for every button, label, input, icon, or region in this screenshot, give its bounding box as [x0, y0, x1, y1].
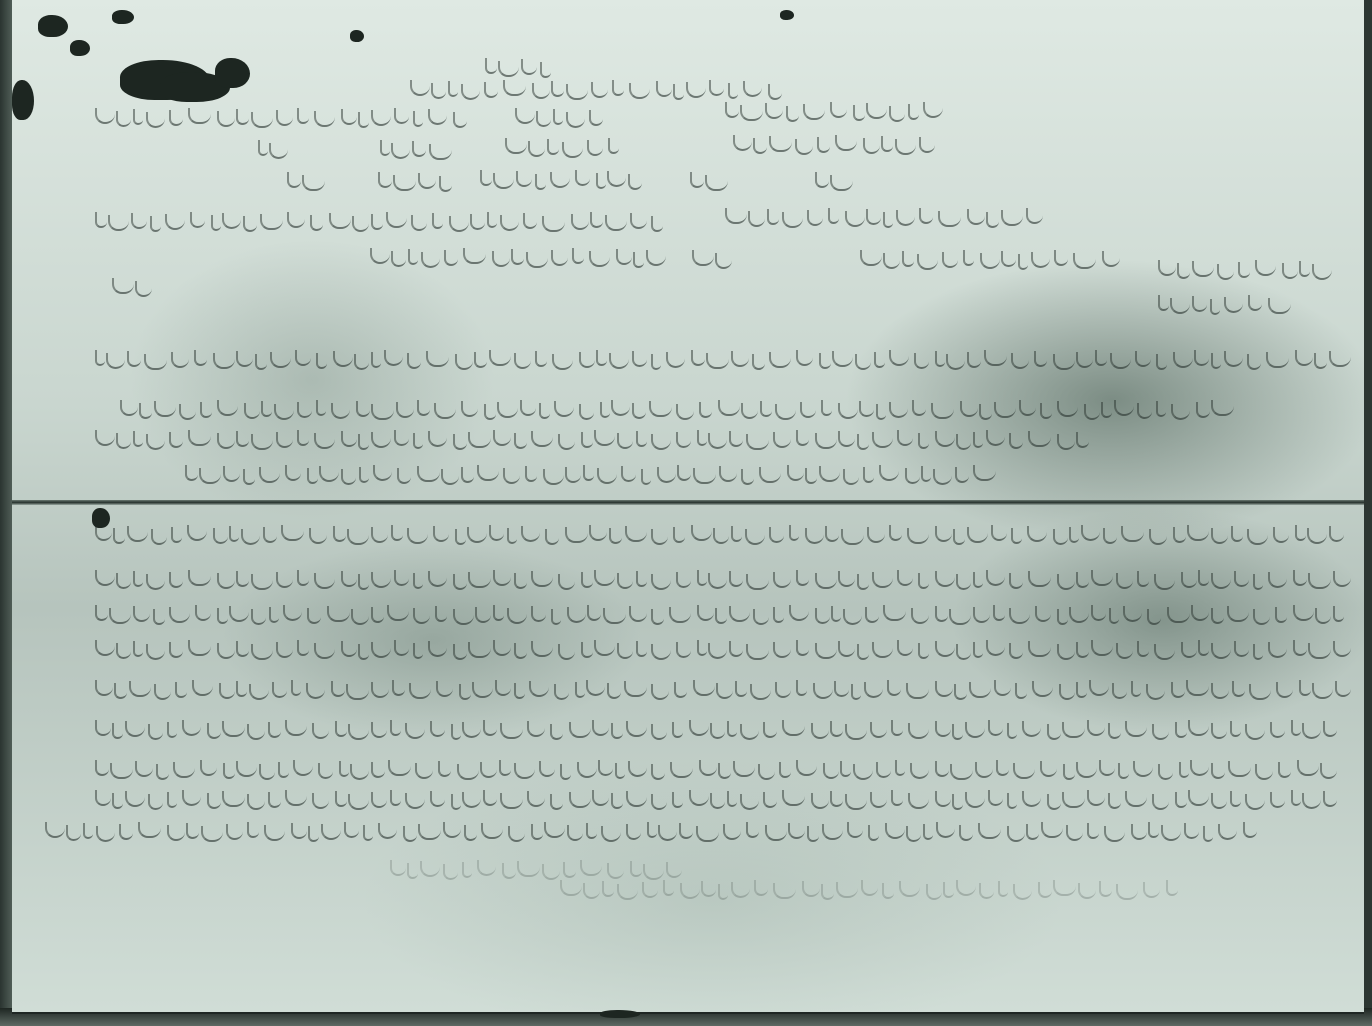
script-glyph-stroke [485, 58, 497, 74]
script-glyph-stroke [701, 881, 716, 897]
script-glyph-stroke [378, 172, 392, 188]
script-glyph-stroke [1181, 642, 1197, 658]
script-glyph-stroke [302, 175, 325, 191]
script-glyph-stroke [468, 642, 491, 658]
script-glyph-stroke [307, 608, 321, 624]
script-glyph-stroke [1015, 683, 1027, 699]
script-glyph-stroke [480, 762, 497, 778]
script-glyph-stroke [1131, 824, 1147, 840]
script-glyph-stroke [428, 431, 447, 447]
script-glyph-stroke [891, 790, 903, 806]
script-glyph-stroke [672, 722, 683, 738]
script-glyph-stroke [312, 723, 329, 739]
script-glyph-stroke [493, 640, 511, 656]
script-glyph-stroke [843, 609, 862, 625]
script-glyph-stroke [740, 794, 759, 810]
handwritten-line-margin-note [1158, 260, 1328, 282]
script-glyph-stroke [1248, 295, 1262, 311]
script-glyph-stroke [285, 720, 307, 736]
script-glyph-stroke [116, 573, 131, 589]
script-glyph-stroke [135, 761, 153, 777]
script-glyph-stroke [708, 573, 727, 589]
script-glyph-stroke [632, 403, 646, 419]
script-glyph-stroke [911, 608, 929, 624]
script-glyph-stroke [109, 608, 131, 624]
script-glyph-stroke [1323, 791, 1337, 807]
script-glyph-stroke [390, 790, 401, 806]
script-glyph-stroke [988, 720, 1003, 736]
script-glyph-stroke [787, 465, 804, 481]
script-glyph-stroke [567, 825, 583, 841]
script-glyph-stroke [1191, 605, 1209, 621]
script-glyph-stroke [727, 721, 737, 737]
script-glyph-stroke [1148, 822, 1159, 838]
script-glyph-stroke [335, 791, 347, 807]
script-glyph-stroke [636, 431, 647, 447]
script-glyph-stroke [715, 253, 732, 269]
script-glyph-stroke [952, 724, 963, 740]
script-glyph-stroke [269, 607, 279, 623]
script-glyph-stroke [1076, 642, 1089, 658]
script-glyph-stroke [733, 761, 755, 777]
script-glyph-stroke [1203, 826, 1213, 842]
script-glyph-stroke [805, 468, 817, 484]
script-glyph-stroke [156, 764, 169, 780]
script-glyph-stroke [1299, 680, 1311, 696]
script-glyph-stroke [1069, 607, 1089, 623]
script-glyph-stroke [933, 469, 952, 485]
script-glyph-stroke [1314, 353, 1327, 369]
script-glyph-stroke [956, 434, 971, 450]
script-glyph-stroke [247, 794, 265, 810]
script-glyph-stroke [1011, 528, 1022, 544]
handwritten-line-header [515, 108, 605, 130]
script-glyph-stroke [1293, 605, 1314, 621]
script-glyph-stroke [1184, 823, 1199, 839]
ink-stain [350, 30, 364, 42]
script-glyph-stroke [293, 760, 313, 776]
script-glyph-stroke [935, 351, 945, 367]
script-glyph-stroke [112, 278, 134, 294]
script-glyph-stroke [815, 643, 837, 659]
script-glyph-stroke [384, 350, 403, 366]
script-glyph-stroke [590, 212, 603, 228]
script-glyph-stroke [411, 215, 427, 231]
script-glyph-stroke [686, 82, 706, 98]
script-glyph-stroke [910, 763, 929, 779]
script-glyph-stroke [1019, 400, 1036, 416]
script-glyph-stroke [1091, 605, 1106, 621]
script-glyph-stroke [531, 571, 553, 587]
script-glyph-stroke [1109, 608, 1119, 624]
script-glyph-stroke [589, 110, 603, 126]
script-glyph-stroke [535, 174, 546, 190]
manuscript-fold-crease [12, 500, 1364, 505]
script-glyph-stroke [679, 823, 693, 839]
script-glyph-stroke [268, 722, 281, 738]
script-glyph-stroke [1238, 262, 1250, 278]
script-glyph-stroke [1116, 884, 1138, 900]
script-glyph-stroke [169, 432, 183, 448]
script-glyph-stroke [693, 468, 716, 484]
script-glyph-stroke [906, 683, 929, 699]
script-glyph-stroke [187, 525, 207, 541]
script-glyph-stroke [113, 528, 125, 544]
script-glyph-stroke [483, 720, 497, 736]
script-glyph-stroke [370, 248, 390, 264]
script-glyph-stroke [872, 642, 893, 658]
script-glyph-stroke [897, 640, 913, 656]
script-glyph-stroke [371, 762, 385, 778]
script-glyph-stroke [125, 791, 145, 807]
script-glyph-stroke [1198, 640, 1209, 656]
script-glyph-stroke [1133, 761, 1153, 777]
script-glyph-stroke [95, 760, 109, 776]
script-glyph-stroke [270, 352, 291, 368]
script-glyph-stroke [1276, 682, 1293, 698]
script-glyph-stroke [673, 527, 685, 543]
script-glyph-stroke [1073, 253, 1096, 269]
script-glyph-stroke [405, 723, 425, 739]
script-glyph-stroke [870, 722, 887, 738]
script-glyph-stroke [1227, 606, 1249, 622]
script-glyph-stroke [138, 822, 161, 838]
script-glyph-stroke [580, 860, 602, 876]
script-glyph-stroke [980, 253, 1000, 269]
script-glyph-stroke [895, 760, 905, 776]
script-glyph-stroke [127, 526, 148, 542]
script-glyph-stroke [651, 216, 663, 232]
script-glyph-stroke [874, 352, 885, 368]
script-glyph-stroke [897, 430, 913, 446]
script-glyph-stroke [906, 826, 921, 842]
script-glyph-stroke [276, 432, 293, 448]
script-glyph-stroke [1062, 792, 1085, 808]
script-glyph-stroke [815, 573, 837, 589]
script-glyph-stroke [802, 881, 820, 897]
handwritten-line-margin-note [1158, 295, 1278, 317]
script-glyph-stroke [651, 529, 668, 545]
script-glyph-stroke [991, 525, 1007, 541]
script-glyph-stroke [1018, 254, 1028, 270]
script-glyph-stroke [1009, 608, 1030, 624]
script-glyph-stroke [1307, 528, 1327, 544]
script-glyph-stroke [796, 570, 809, 586]
script-glyph-stroke [1192, 296, 1207, 312]
script-glyph-stroke [864, 682, 883, 698]
script-glyph-stroke [217, 400, 238, 416]
script-glyph-stroke [335, 721, 347, 737]
script-glyph-stroke [621, 466, 636, 482]
script-glyph-stroke [95, 570, 115, 586]
script-glyph-stroke [965, 722, 985, 738]
script-glyph-stroke [605, 215, 627, 231]
script-glyph-stroke [554, 401, 574, 417]
script-glyph-stroke [341, 109, 357, 125]
script-glyph-stroke [371, 404, 394, 420]
script-glyph-stroke [545, 529, 559, 545]
script-glyph-stroke [1066, 825, 1083, 841]
script-glyph-stroke [902, 251, 914, 267]
script-glyph-stroke [1173, 527, 1186, 543]
script-glyph-stroke [935, 681, 953, 697]
script-glyph-stroke [921, 466, 931, 482]
script-glyph-stroke [449, 216, 469, 232]
script-glyph-stroke [287, 212, 305, 228]
script-glyph-stroke [708, 643, 727, 659]
script-glyph-stroke [855, 354, 871, 370]
script-glyph-stroke [615, 763, 625, 779]
script-glyph-stroke [285, 465, 301, 481]
script-glyph-stroke [462, 722, 481, 738]
script-glyph-stroke [438, 761, 451, 777]
script-glyph-stroke [544, 822, 565, 838]
handwritten-line-header [725, 208, 1035, 230]
script-glyph-stroke [587, 605, 601, 621]
script-glyph-stroke [838, 571, 855, 587]
script-glyph-stroke [1114, 400, 1134, 416]
script-glyph-stroke [1295, 350, 1313, 366]
script-glyph-stroke [1228, 761, 1251, 777]
script-glyph-stroke [725, 102, 739, 118]
script-glyph-stroke [870, 792, 887, 808]
handwritten-line-header [95, 108, 475, 130]
script-glyph-stroke [543, 469, 564, 485]
script-glyph-stroke [1040, 403, 1052, 419]
script-glyph-stroke [371, 722, 387, 738]
script-glyph-stroke [1293, 570, 1307, 586]
script-glyph-stroke [1211, 643, 1231, 659]
handwritten-line-header [733, 135, 943, 157]
script-glyph-stroke [223, 763, 235, 779]
script-glyph-stroke [1247, 354, 1261, 370]
script-glyph-stroke [542, 216, 565, 232]
script-glyph-stroke [1047, 794, 1061, 810]
script-glyph-stroke [146, 434, 165, 450]
script-glyph-stroke [821, 400, 832, 416]
script-glyph-stroke [935, 606, 948, 622]
script-glyph-stroke [407, 528, 428, 544]
script-glyph-stroke [536, 111, 551, 127]
script-glyph-stroke [1266, 352, 1289, 368]
script-glyph-stroke [179, 404, 196, 420]
script-glyph-stroke [1253, 609, 1270, 625]
script-glyph-stroke [114, 683, 127, 699]
script-glyph-stroke [244, 403, 260, 419]
script-glyph-stroke [462, 862, 472, 878]
script-glyph-stroke [169, 607, 190, 623]
script-glyph-stroke [505, 138, 527, 154]
script-glyph-stroke [413, 573, 423, 589]
script-glyph-stroke [201, 826, 223, 842]
script-glyph-stroke [529, 681, 549, 697]
handwritten-line-header [410, 80, 780, 102]
script-glyph-stroke [95, 640, 115, 656]
script-glyph-stroke [268, 792, 281, 808]
script-glyph-stroke [760, 401, 772, 417]
ink-stain [780, 10, 794, 20]
script-glyph-stroke [251, 644, 273, 660]
script-glyph-stroke [607, 863, 624, 879]
script-glyph-stroke [725, 208, 747, 224]
script-glyph-stroke [1147, 609, 1161, 625]
script-glyph-stroke [575, 682, 585, 698]
script-glyph-stroke [1302, 723, 1321, 739]
script-glyph-stroke [371, 352, 381, 368]
script-glyph-stroke [998, 881, 1008, 897]
script-glyph-stroke [838, 431, 855, 447]
script-glyph-stroke [167, 825, 185, 841]
script-glyph-stroke [935, 571, 955, 587]
script-glyph-stroke [341, 641, 357, 657]
script-glyph-stroke [1076, 572, 1089, 588]
script-glyph-stroke [626, 721, 647, 737]
script-glyph-stroke [715, 608, 727, 624]
script-glyph-stroke [926, 884, 942, 900]
script-glyph-stroke [219, 683, 235, 699]
script-glyph-stroke [692, 250, 714, 266]
script-glyph-stroke [500, 793, 523, 809]
script-glyph-stroke [673, 84, 684, 100]
script-glyph-stroke [1173, 352, 1193, 368]
script-glyph-stroke [563, 862, 576, 878]
script-glyph-stroke [953, 529, 965, 545]
script-glyph-stroke [630, 213, 647, 229]
script-glyph-stroke [186, 823, 199, 839]
script-glyph-stroke [709, 80, 724, 96]
script-glyph-stroke [148, 724, 163, 740]
script-glyph-stroke [306, 683, 325, 699]
script-glyph-stroke [532, 83, 550, 99]
script-glyph-stroke [1091, 640, 1113, 656]
script-glyph-stroke [908, 723, 929, 739]
script-glyph-stroke [550, 724, 563, 740]
script-glyph-stroke [247, 724, 265, 740]
script-glyph-stroke [403, 826, 417, 842]
script-glyph-stroke [319, 466, 339, 482]
script-glyph-stroke [1076, 352, 1093, 368]
script-glyph-stroke [1211, 683, 1229, 699]
script-glyph-stroke [743, 81, 762, 97]
script-glyph-stroke [699, 760, 717, 776]
script-glyph-stroke [960, 401, 978, 417]
script-glyph-stroke [321, 824, 341, 840]
script-glyph-stroke [1170, 298, 1190, 314]
script-glyph-stroke [1192, 261, 1214, 277]
script-glyph-stroke [788, 823, 805, 839]
script-glyph-stroke [358, 112, 369, 128]
script-glyph-stroke [617, 433, 633, 449]
script-glyph-stroke [680, 883, 700, 899]
script-glyph-stroke [1278, 762, 1291, 778]
script-glyph-stroke [918, 433, 929, 449]
script-glyph-stroke [950, 764, 973, 780]
script-glyph-stroke [628, 174, 642, 190]
script-glyph-stroke [146, 574, 165, 590]
script-glyph-stroke [371, 642, 391, 658]
ink-stain [38, 15, 68, 37]
script-glyph-stroke [975, 762, 993, 778]
script-glyph-stroke [889, 350, 909, 366]
script-glyph-stroke [1031, 252, 1050, 268]
script-glyph-stroke [735, 681, 747, 697]
handwritten-line-header [690, 172, 730, 194]
script-glyph-stroke [609, 353, 629, 369]
script-glyph-stroke [1118, 763, 1129, 779]
script-glyph-stroke [1217, 264, 1234, 280]
script-glyph-stroke [996, 760, 1009, 776]
script-glyph-stroke [979, 404, 992, 420]
script-glyph-stroke [120, 400, 138, 416]
script-glyph-stroke [1210, 299, 1220, 315]
script-glyph-stroke [200, 402, 212, 418]
script-glyph-stroke [352, 216, 369, 232]
script-glyph-stroke [986, 640, 1005, 656]
script-glyph-stroke [1302, 793, 1321, 809]
script-glyph-stroke [1149, 529, 1167, 545]
script-glyph-stroke [973, 607, 990, 623]
script-glyph-stroke [560, 764, 571, 780]
script-glyph-stroke [840, 761, 851, 777]
script-glyph-stroke [503, 80, 526, 96]
script-glyph-stroke [1054, 250, 1068, 266]
script-glyph-stroke [1057, 434, 1075, 450]
script-glyph-stroke [689, 720, 709, 736]
script-glyph-stroke [95, 212, 107, 228]
script-glyph-stroke [567, 607, 586, 623]
script-glyph-stroke [651, 354, 661, 370]
script-glyph-stroke [213, 528, 228, 544]
script-glyph-stroke [935, 721, 951, 737]
script-glyph-stroke [341, 431, 357, 447]
script-glyph-stroke [775, 682, 791, 698]
script-glyph-stroke [973, 572, 983, 588]
script-glyph-stroke [651, 764, 665, 780]
script-glyph-stroke [1175, 722, 1187, 738]
script-glyph-stroke [617, 643, 633, 659]
script-glyph-stroke [527, 791, 545, 807]
script-glyph-stroke [495, 680, 511, 696]
script-glyph-stroke [1218, 824, 1237, 840]
script-glyph-stroke [741, 469, 754, 485]
script-glyph-stroke [269, 143, 288, 159]
script-glyph-stroke [236, 431, 249, 447]
script-glyph-stroke [508, 826, 525, 842]
script-glyph-stroke [713, 528, 729, 544]
script-glyph-stroke [956, 880, 976, 896]
script-glyph-stroke [651, 644, 671, 660]
handwritten-line-faint-traces [560, 880, 1180, 902]
script-glyph-stroke [1291, 720, 1301, 736]
script-glyph-stroke [708, 433, 727, 449]
script-glyph-stroke [251, 112, 273, 128]
script-glyph-stroke [845, 724, 867, 740]
script-glyph-stroke [949, 609, 971, 625]
script-glyph-stroke [626, 791, 647, 807]
script-glyph-stroke [1110, 353, 1131, 369]
script-glyph-stroke [110, 763, 133, 779]
script-glyph-stroke [217, 433, 235, 449]
script-glyph-stroke [1224, 297, 1243, 313]
script-glyph-stroke [408, 249, 418, 265]
script-glyph-stroke [1224, 351, 1243, 367]
script-glyph-stroke [1187, 525, 1209, 541]
script-glyph-stroke [264, 825, 285, 841]
handwritten-line-lower-body [45, 822, 1265, 844]
script-glyph-stroke [647, 822, 657, 838]
script-glyph-stroke [1035, 606, 1051, 622]
script-glyph-stroke [222, 213, 241, 229]
